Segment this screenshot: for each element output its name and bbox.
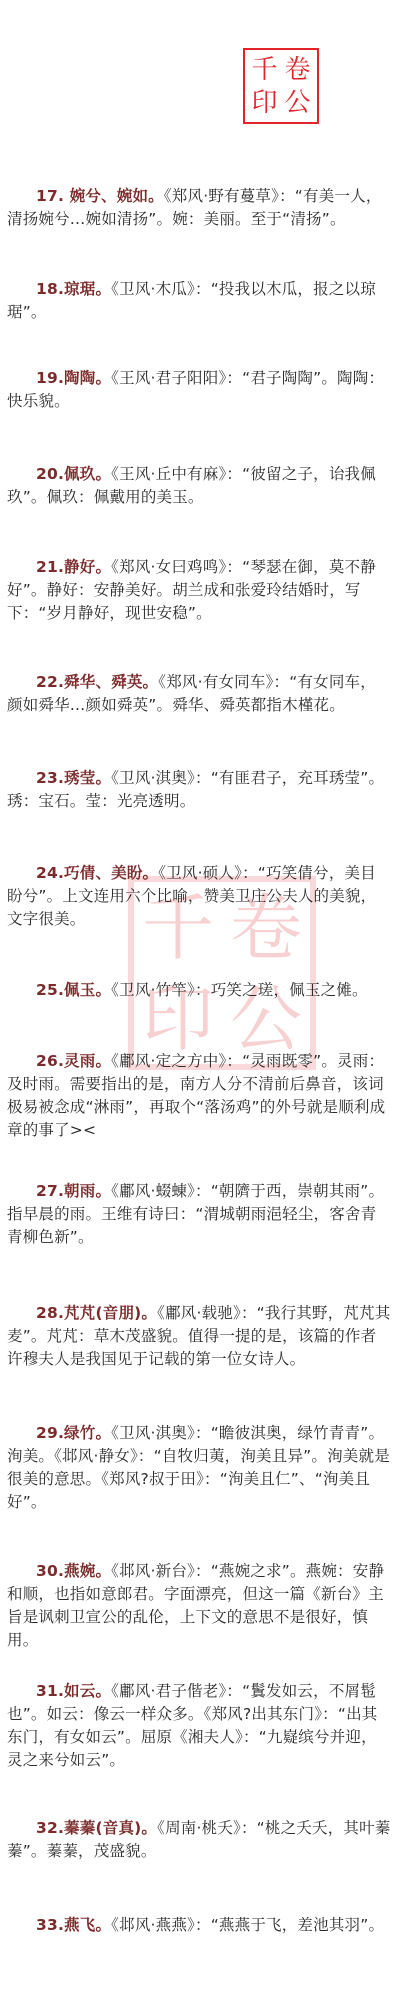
entry-20: 20.佩玖。《王风·丘中有麻》：“彼留之子，诒我佩玖”。佩玖：佩戴用的美玉。: [7, 463, 391, 509]
entry-32: 32.蓁蓁(音真)。《周南·桃夭》：“桃之夭夭，其叶蓁蓁”。蓁蓁，茂盛貌。: [7, 1817, 391, 1863]
entry-heading: 20.佩玖。: [36, 465, 111, 483]
entry-25: 25.佩玉。《卫风·竹竿》：巧笑之瑳，佩玉之傩。: [7, 979, 391, 1002]
entry-heading: 25.佩玉。: [36, 981, 111, 999]
entry-24: 24.巧倩、美盼。《卫风·硕人》：“巧笑倩兮，美目盼兮”。上文连用六个比喻，赞美…: [7, 862, 391, 931]
entry-27: 27.朝雨。《鄘风·蝃蝀》：“朝隮于西，崇朝其雨”。指早晨的雨。王维有诗曰：“渭…: [7, 1180, 391, 1249]
seal-stamp: 千 印 卷 公: [243, 48, 319, 124]
entry-17: 17. 婉兮、婉如。《郑风·野有蔓草》：“有美一人，清扬婉兮…婉如清扬”。婉：美…: [7, 185, 391, 231]
entry-heading: 29.绿竹。: [36, 1424, 111, 1442]
entry-heading: 21.静好。: [36, 558, 111, 576]
entry-heading: 19.陶陶。: [36, 369, 111, 387]
entry-22: 22.舜华、舜英。《郑风·有女同车》：“有女同车，颜如舜华…颜如舜英”。舜华、舜…: [7, 671, 391, 717]
entry-heading: 17. 婉兮、婉如。: [36, 187, 164, 205]
entry-heading: 28.芃芃(音朋)。: [36, 1304, 157, 1322]
entry-heading: 26.灵雨。: [36, 1052, 111, 1070]
entry-30: 30.燕婉。《邶风·新台》：“燕婉之求”。燕婉：安静和顺，也指如意郎君。字面漂亮…: [7, 1560, 391, 1652]
entry-33: 33.燕飞。《邶风·燕燕》：“燕燕于飞，差池其羽”。: [7, 1914, 391, 1937]
entry-21: 21.静好。《郑风·女曰鸡鸣》：“琴瑟在御，莫不静好”。静好：安静美好。胡兰成和…: [7, 556, 391, 625]
seal-char: 千: [251, 57, 277, 83]
entry-body: 《卫风·竹竿》：巧笑之瑳，佩玉之傩。: [111, 981, 368, 999]
entry-heading: 27.朝雨。: [36, 1182, 111, 1200]
entry-18: 18.琼琚。《卫风·木瓜》：“投我以木瓜，报之以琼琚”。: [7, 278, 391, 324]
entry-heading: 33.燕飞。: [36, 1916, 111, 1934]
entry-23: 23.琇莹。《卫风·淇奥》：“有匪君子，充耳琇莹”。琇：宝石。莹：光亮透明。: [7, 767, 391, 813]
seal-char: 印: [251, 90, 277, 116]
entry-31: 31.如云。《鄘风·君子偕老》：“鬒发如云，不屑髢也”。如云：像云一样众多。《郑…: [7, 1680, 391, 1772]
entry-heading: 18.琼琚。: [36, 280, 111, 298]
entry-heading: 23.琇莹。: [36, 769, 111, 787]
seal-char: 公: [284, 90, 310, 116]
entry-body: 《邶风·燕燕》：“燕燕于飞，差池其羽”。: [111, 1916, 384, 1934]
entry-28: 28.芃芃(音朋)。《鄘风·载驰》：“我行其野，芃芃其麦”。芃芃：草木茂盛貌。值…: [7, 1302, 391, 1371]
entry-19: 19.陶陶。《王风·君子阳阳》：“君子陶陶”。陶陶：快乐貌。: [7, 367, 391, 413]
entry-26: 26.灵雨。《鄘风·定之方中》：“灵雨既零”。灵雨：及时雨。需要指出的是，南方人…: [7, 1050, 391, 1142]
entry-heading: 24.巧倩、美盼。: [36, 864, 158, 882]
seal-char: 卷: [284, 57, 310, 83]
entry-heading: 22.舜华、舜英。: [36, 673, 158, 691]
entry-29: 29.绿竹。《卫风·淇奥》：“瞻彼淇奥，绿竹青青”。洵美。《邶风·静女》：“自牧…: [7, 1422, 391, 1514]
entry-heading: 30.燕婉。: [36, 1562, 111, 1580]
entry-heading: 31.如云。: [36, 1682, 111, 1700]
entry-heading: 32.蓁蓁(音真)。: [36, 1819, 157, 1837]
